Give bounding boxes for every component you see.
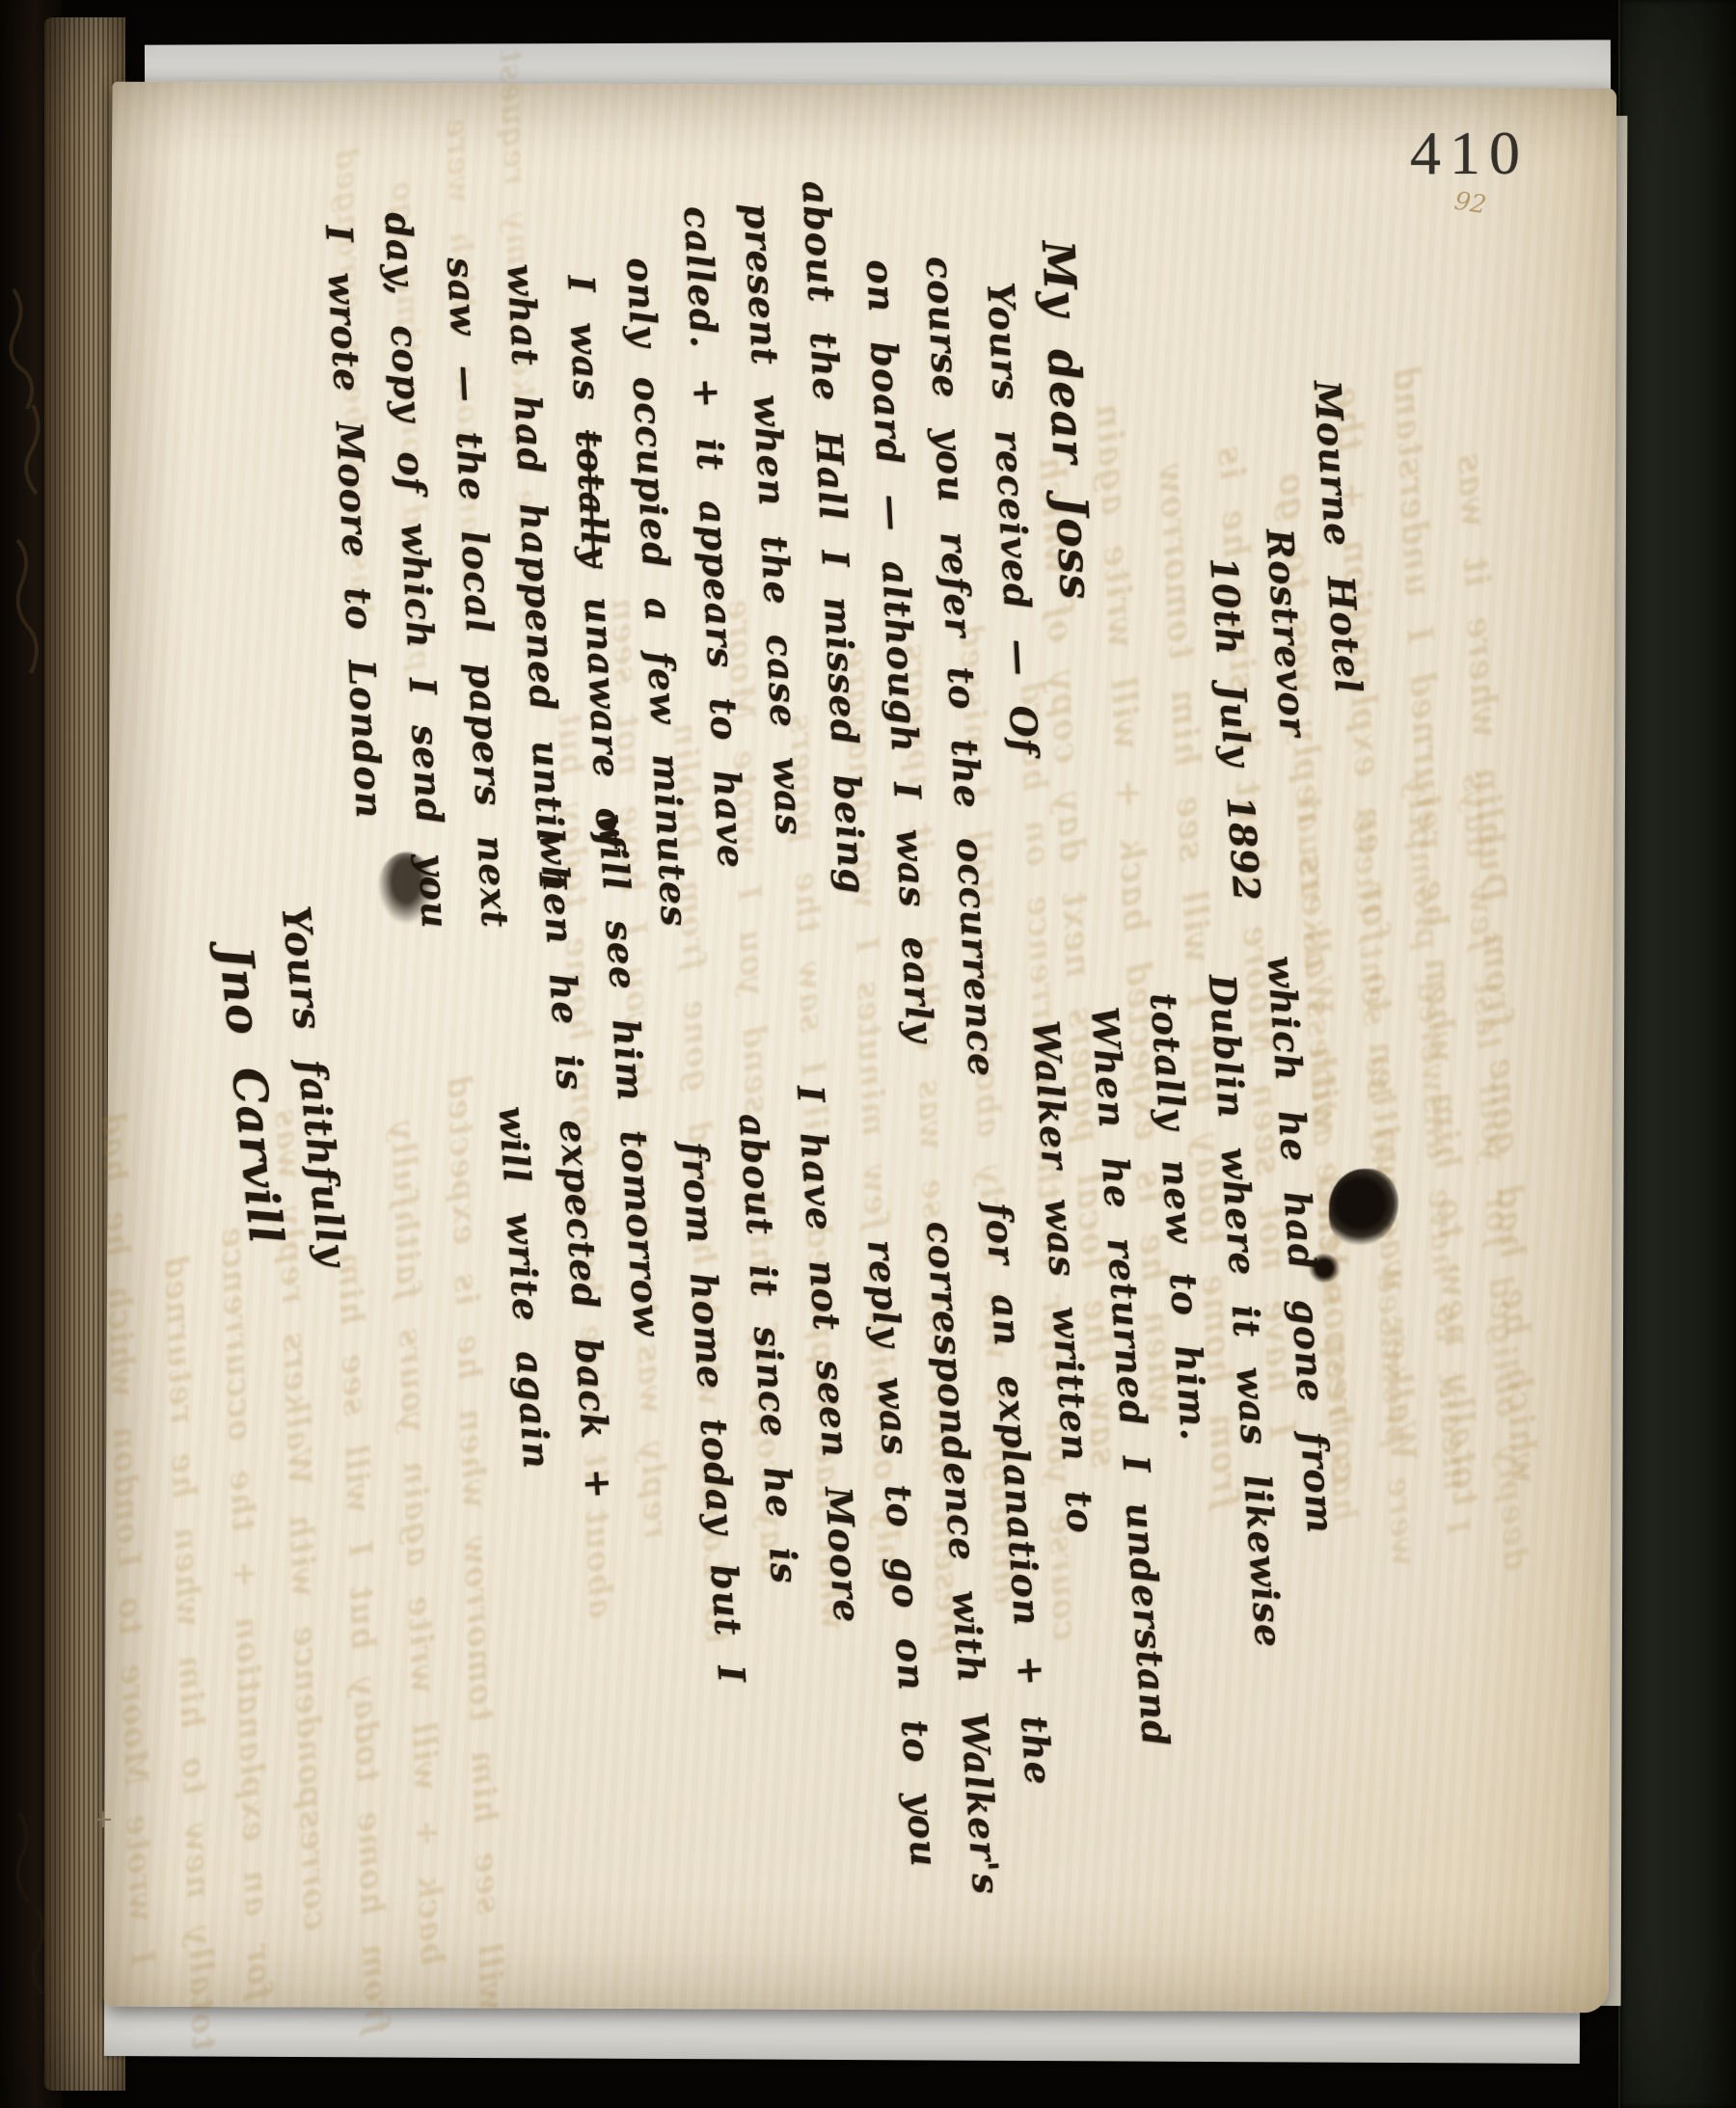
pencil-annotation: 92: [1452, 187, 1488, 221]
ink-smudge: [378, 852, 434, 924]
pencil-plus-mark: +: [93, 1805, 114, 1834]
folio-page-number: 410: [1410, 118, 1529, 189]
ink-blot-small: [1308, 1254, 1341, 1283]
book-cover: [1618, 0, 1736, 2108]
manuscript-scan: which he had gone from Dublin where it w…: [0, 0, 1736, 2108]
facing-page-writing-marks: [0, 0, 68, 2108]
letter-body-second-column: which he had gone fromDublin where it wa…: [461, 751, 1357, 1675]
